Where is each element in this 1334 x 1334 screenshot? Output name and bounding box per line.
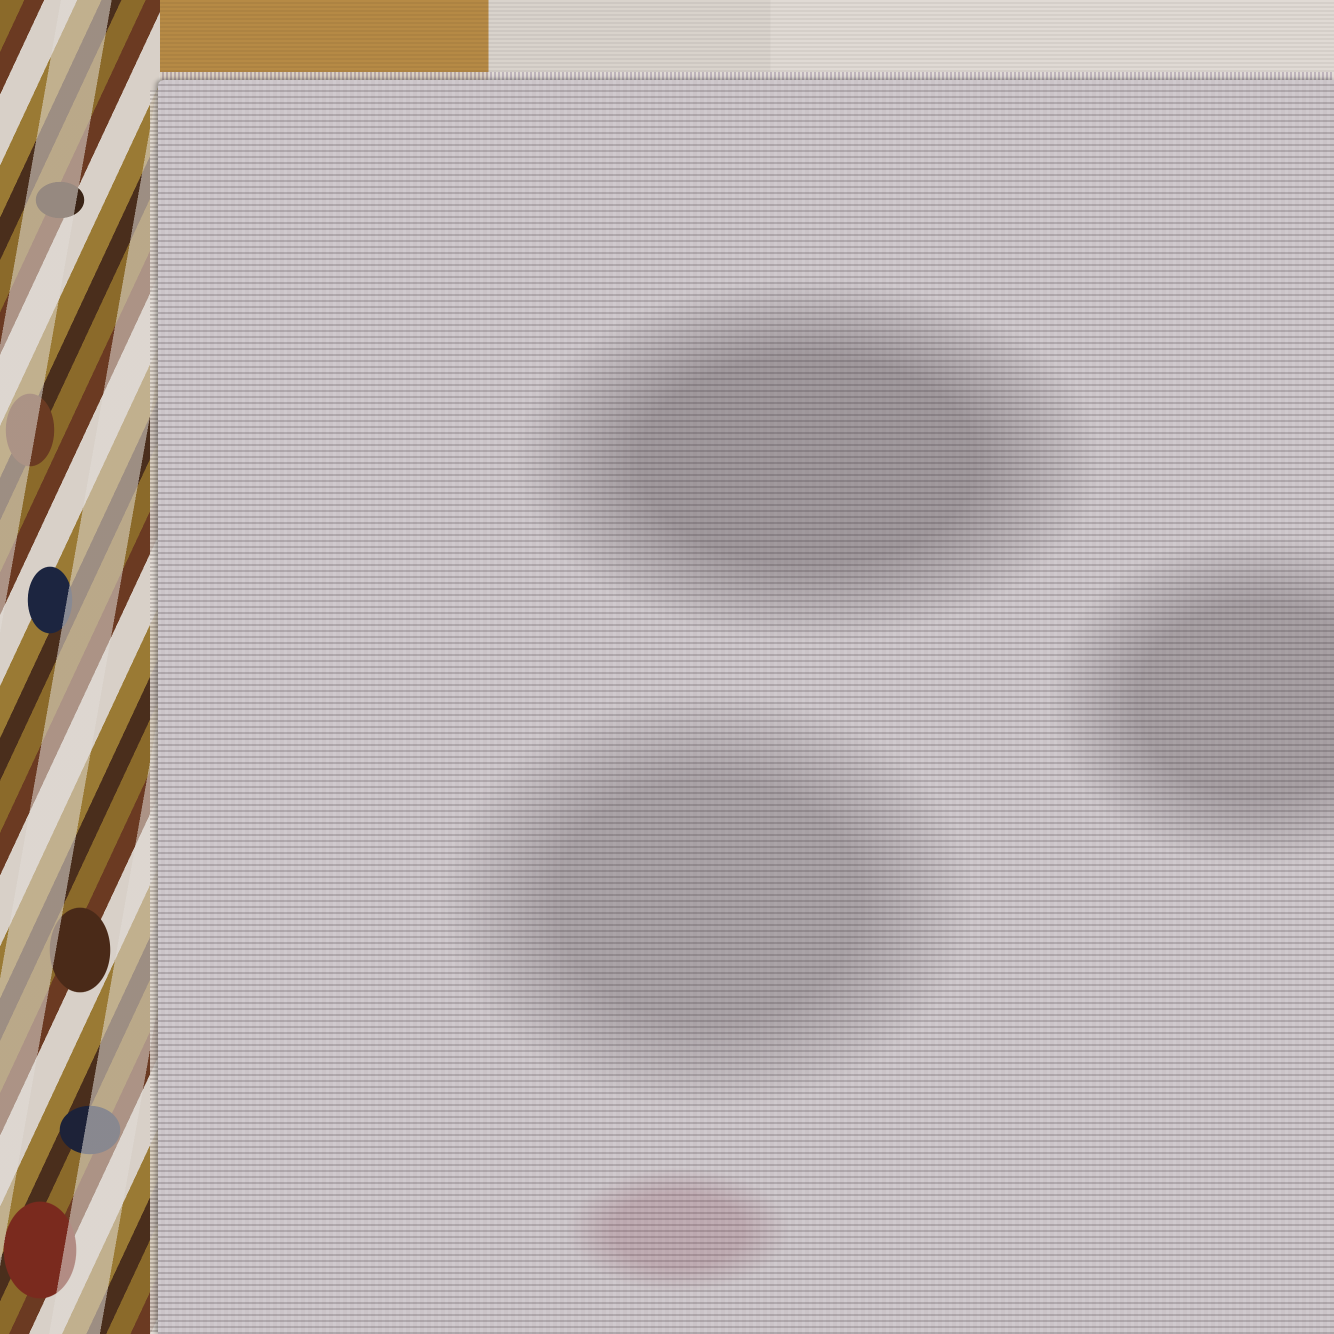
rug-photo (0, 0, 1334, 1334)
rug-backing (158, 80, 1334, 1334)
rug-pile-highlight (0, 0, 160, 1334)
rug-pile-top-edge (160, 0, 1334, 80)
